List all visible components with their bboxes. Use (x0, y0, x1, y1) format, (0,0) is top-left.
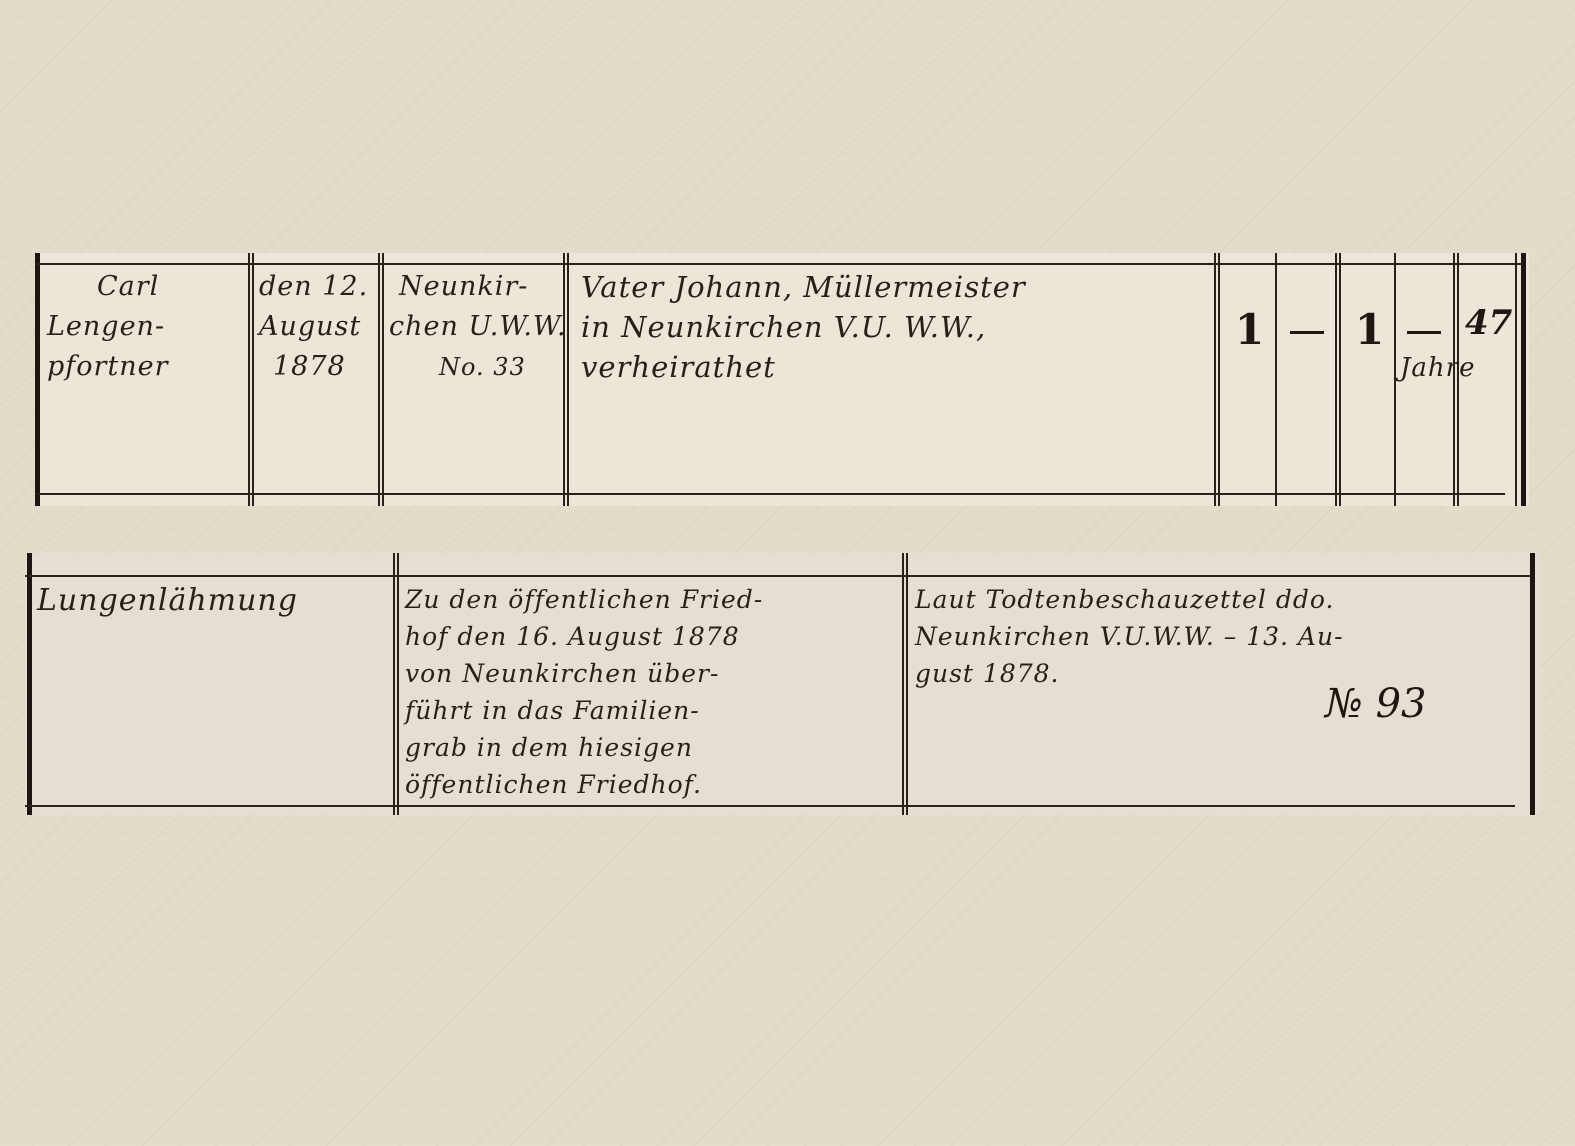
place-line: No. 33 (389, 347, 561, 387)
remarks-line: Neunkirchen V.U.W.W. – 13. Au- (915, 618, 1525, 655)
remarks-line: gust 1878. (915, 655, 1525, 692)
column-rule (1394, 253, 1396, 506)
burial-line: führt in das Familien- (405, 692, 900, 729)
parents-line: verheirathet (581, 347, 1211, 387)
deceased-name-cell: Carl Lengen- pfortner (47, 267, 247, 387)
age-value: 47 (1465, 303, 1512, 343)
cause-of-death-text: Lungenlähmung (37, 581, 392, 621)
column-rule (1335, 253, 1337, 506)
remarks-cell: Laut Todtenbeschauzettel ddo. Neunkirche… (915, 581, 1525, 692)
register-row-top-strip: Carl Lengen- pfortner den 12. August 187… (35, 253, 1529, 506)
column-rule (902, 553, 904, 815)
death-date-cell: den 12. August 1878 (259, 267, 377, 387)
column-rule (252, 253, 254, 506)
burial-line: von Neunkirchen über- (405, 655, 900, 692)
count-column-3: 1 (1355, 305, 1384, 354)
name-line: pfortner (47, 347, 247, 387)
count-column-4-dash (1407, 331, 1441, 334)
name-line: Carl (47, 267, 247, 307)
date-line: August (259, 307, 377, 347)
burial-line: grab in dem hiesigen (405, 729, 900, 766)
column-rule (248, 253, 250, 506)
parents-line: Vater Johann, Müllermeister (581, 267, 1211, 307)
date-line: 1878 (259, 347, 377, 387)
place-cell: Neunkir- chen U.W.W. No. 33 (389, 267, 561, 387)
right-border-rule (1530, 553, 1535, 815)
count-column-1: 1 (1235, 305, 1264, 354)
burial-details-cell: Zu den öffentlichen Fried- hof den 16. A… (405, 581, 900, 803)
column-rule (906, 553, 908, 815)
column-rule (378, 253, 380, 506)
row-bottom-rule (35, 493, 1505, 495)
cause-of-death-cell: Lungenlähmung (37, 581, 392, 621)
place-line: Neunkir- (389, 267, 561, 307)
column-rule (393, 553, 395, 815)
date-line: den 12. (259, 267, 377, 307)
burial-line: öffentlichen Friedhof. (405, 766, 900, 803)
column-rule (563, 253, 565, 506)
place-line: chen U.W.W. (389, 307, 561, 347)
column-rule (1218, 253, 1220, 506)
parents-status-cell: Vater Johann, Müllermeister in Neunkirch… (581, 267, 1211, 387)
burial-line: Zu den öffentlichen Fried- (405, 581, 900, 618)
register-row-bottom-strip: Lungenlähmung Zu den öffentlichen Fried-… (25, 553, 1540, 815)
parents-line: in Neunkirchen V.U. W.W., (581, 307, 1211, 347)
row-bottom-rule (25, 805, 1515, 807)
age-unit: Jahre (1400, 348, 1475, 388)
left-border-rule (27, 553, 32, 815)
row-top-rule (25, 575, 1535, 577)
right-border-rule (1521, 253, 1526, 506)
row-top-rule (35, 263, 1525, 265)
register-number: № 93 (1325, 681, 1426, 727)
column-rule (1515, 253, 1517, 506)
column-rule (382, 253, 384, 506)
burial-line: hof den 16. August 1878 (405, 618, 900, 655)
count-column-2-dash (1290, 331, 1324, 334)
left-border-rule (35, 253, 40, 506)
column-rule (1275, 253, 1277, 506)
column-rule (1214, 253, 1216, 506)
column-rule (397, 553, 399, 815)
column-rule (567, 253, 569, 506)
name-line: Lengen- (47, 307, 247, 347)
remarks-line: Laut Todtenbeschauzettel ddo. (915, 581, 1525, 618)
column-rule (1339, 253, 1341, 506)
